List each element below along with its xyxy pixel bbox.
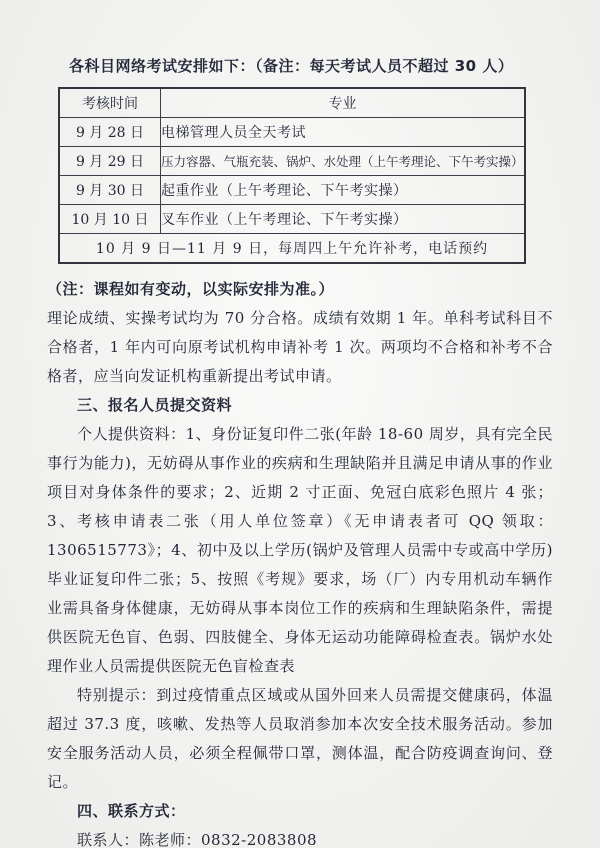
table-header-row: 考核时间 专业 xyxy=(59,88,525,118)
table-row: 9 月 29 日 压力容器、气瓶充装、锅炉、水处理（上午考理论、下午考实操） xyxy=(59,147,525,176)
section-title-materials: 三、报名人员提交资料 xyxy=(47,391,553,420)
exam-subject: 叉车作业（上午考理论、下午考实操） xyxy=(161,205,526,234)
exam-subject: 压力容器、气瓶充装、锅炉、水处理（上午考理论、下午考实操） xyxy=(161,147,526,176)
contact-info: 联系人：陈老师：0832-2083808 xyxy=(47,826,553,848)
schedule-change-note: （注：课程如有变动，以实际安排为准。） xyxy=(47,275,553,304)
paragraph-covid-notice: 特别提示：到过疫情重点区域或从国外回来人员需提交健康码，体温超过 37.3 度，… xyxy=(47,681,553,797)
scanned-document-page: 各科目网络考试安排如下：（备注：每天考试人员不超过 30 人） 考核时间 专业 … xyxy=(0,0,600,848)
table-row: 9 月 28 日 电梯管理人员全天考试 xyxy=(59,118,525,147)
table-row: 9 月 30 日 起重作业（上午考理论、下午考实操） xyxy=(59,176,525,205)
paragraph-score-rules: 理论成绩、实操考试均为 70 分合格。成绩有效期 1 年。单科考试科目不合格者，… xyxy=(47,304,553,391)
exam-subject: 电梯管理人员全天考试 xyxy=(161,118,526,147)
exam-subject: 起重作业（上午考理论、下午考实操） xyxy=(161,176,526,205)
table-header-major: 专业 xyxy=(161,88,526,118)
paragraph-required-materials: 个人提供资料：1、身份证复印件二张(年龄 18-60 周岁，具有完全民事行为能力… xyxy=(47,420,553,681)
exam-date: 9 月 28 日 xyxy=(59,118,161,147)
exam-schedule-table: 考核时间 专业 9 月 28 日 电梯管理人员全天考试 9 月 29 日 压力容… xyxy=(58,87,526,264)
exam-date: 9 月 29 日 xyxy=(59,147,161,176)
table-makeup-row: 10 月 9 日—11 月 9 日，每周四上午允许补考，电话预约 xyxy=(59,234,525,264)
table-header-exam-time: 考核时间 xyxy=(59,88,161,118)
table-row: 10 月 10 日 叉车作业（上午考理论、下午考实操） xyxy=(59,205,525,234)
exam-date: 9 月 30 日 xyxy=(59,176,161,205)
section-title-contact: 四、联系方式： xyxy=(47,797,553,826)
exam-schedule-heading: 各科目网络考试安排如下：（备注：每天考试人员不超过 30 人） xyxy=(47,56,553,76)
makeup-exam-note: 10 月 9 日—11 月 9 日，每周四上午允许补考，电话预约 xyxy=(59,234,525,264)
exam-date: 10 月 10 日 xyxy=(59,205,161,234)
